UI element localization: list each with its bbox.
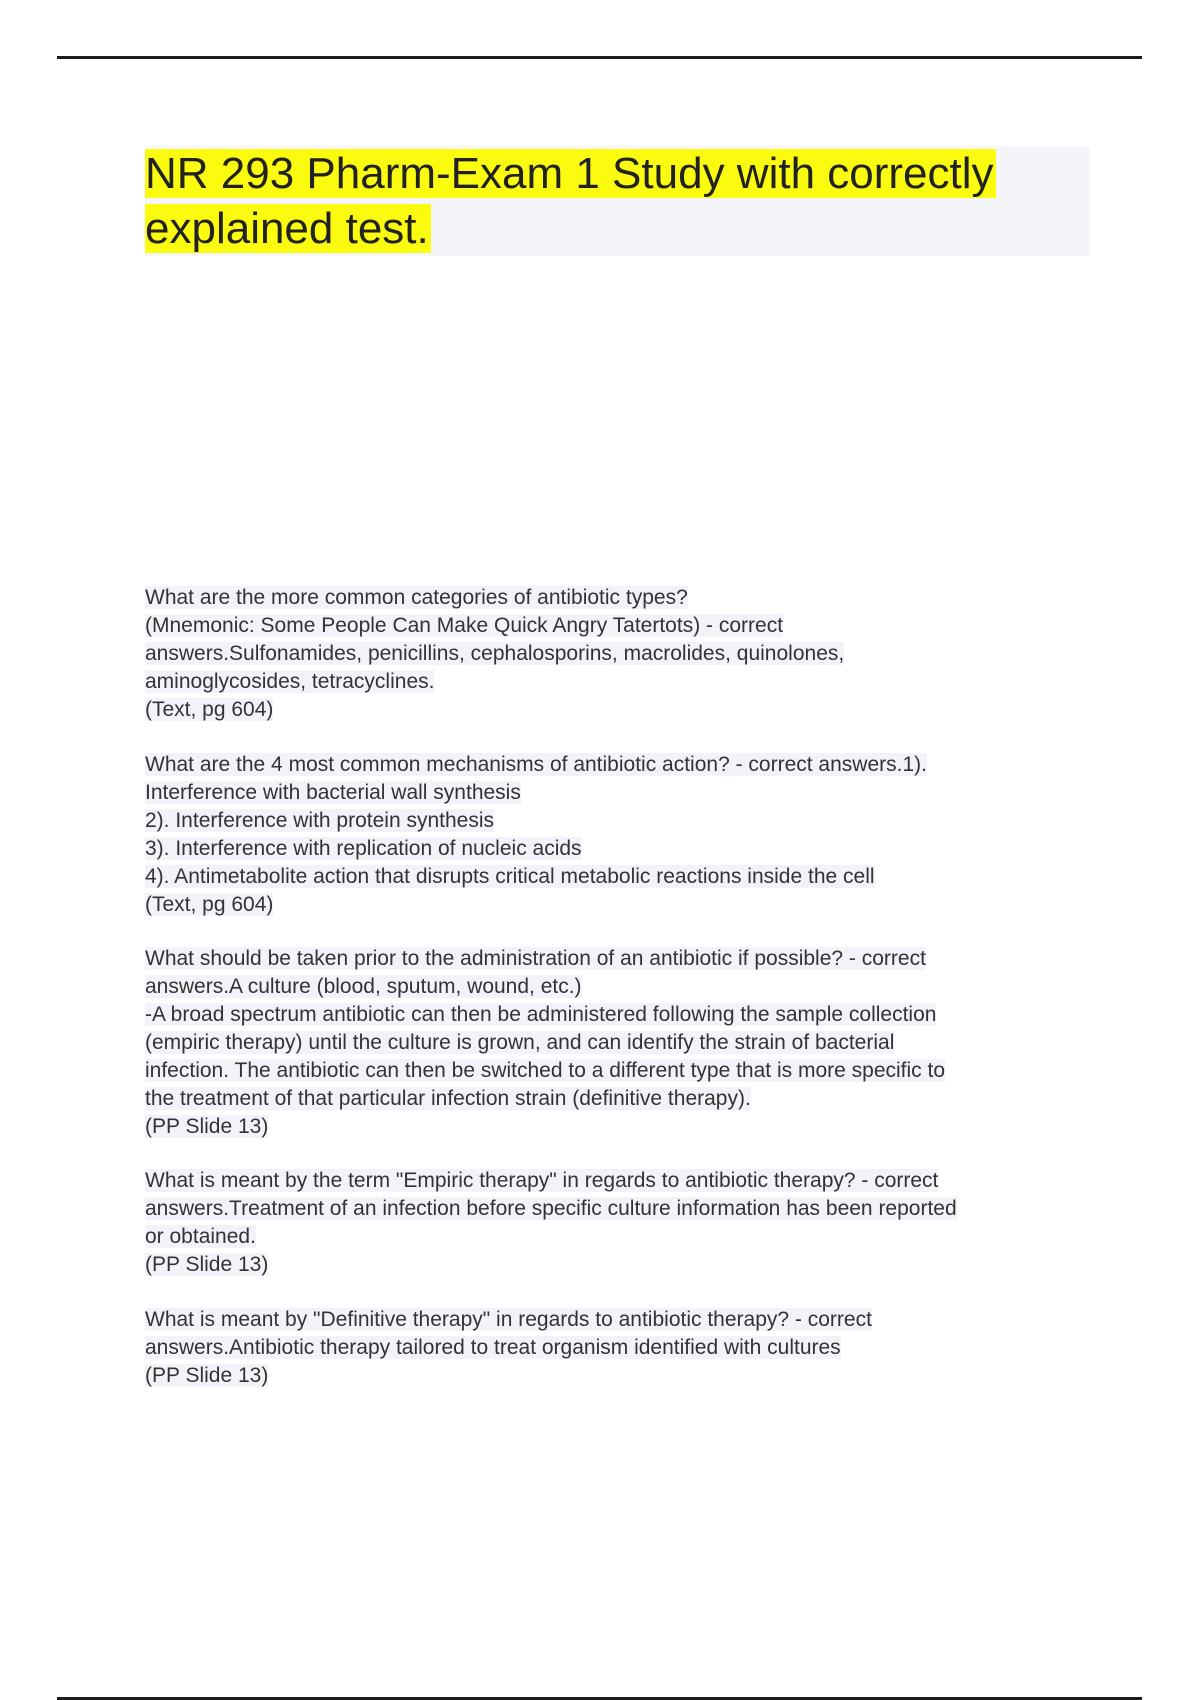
title-line-2: explained test. — [145, 204, 431, 253]
qa-line: answers.Antibiotic therapy tailored to t… — [145, 1336, 841, 1359]
qa-line: answers.Sulfonamides, penicillins, cepha… — [145, 642, 844, 665]
qa-line: the treatment of that particular infecti… — [145, 1087, 751, 1110]
qa-line: (empiric therapy) until the culture is g… — [145, 1031, 894, 1054]
qa-line: What is meant by "Definitive therapy" in… — [145, 1308, 872, 1331]
qa-block-mechanisms: What are the 4 most common mechanisms of… — [145, 751, 1085, 919]
qa-reference: (PP Slide 13) — [145, 1115, 268, 1138]
qa-line: 4). Antimetabolite action that disrupts … — [145, 865, 875, 888]
qa-line: What are the 4 most common mechanisms of… — [145, 753, 927, 776]
qa-reference: (Text, pg 604) — [145, 698, 273, 721]
qa-line: (Mnemonic: Some People Can Make Quick An… — [145, 614, 783, 637]
header-rule — [57, 56, 1142, 59]
qa-reference: (PP Slide 13) — [145, 1364, 268, 1387]
qa-block-empiric-therapy: What is meant by the term "Empiric thera… — [145, 1167, 1085, 1279]
qa-line: 2). Interference with protein synthesis — [145, 809, 494, 832]
qa-line: What is meant by the term "Empiric thera… — [145, 1169, 938, 1192]
qa-reference: (Text, pg 604) — [145, 893, 273, 916]
qa-line: -A broad spectrum antibiotic can then be… — [145, 1003, 936, 1026]
qa-reference: (PP Slide 13) — [145, 1253, 268, 1276]
qa-line: or obtained. — [145, 1225, 256, 1248]
qa-block-definitive-therapy: What is meant by "Definitive therapy" in… — [145, 1306, 1085, 1390]
qa-line: infection. The antibiotic can then be sw… — [145, 1059, 945, 1082]
qa-line: answers.Treatment of an infection before… — [145, 1197, 957, 1220]
qa-line: answers.A culture (blood, sputum, wound,… — [145, 975, 582, 998]
qa-line: aminoglycosides, tetracyclines. — [145, 670, 434, 693]
qa-block-antibiotic-categories: What are the more common categories of a… — [145, 584, 1085, 724]
qa-line: 3). Interference with replication of nuc… — [145, 837, 582, 860]
qa-line: Interference with bacterial wall synthes… — [145, 781, 521, 804]
qa-line: What are the more common categories of a… — [145, 586, 688, 609]
title-line-1: NR 293 Pharm-Exam 1 Study with correctly — [145, 149, 996, 198]
document-title: NR 293 Pharm-Exam 1 Study with correctly… — [145, 146, 1095, 256]
qa-block-culture: What should be taken prior to the admini… — [145, 945, 1085, 1141]
qa-line: What should be taken prior to the admini… — [145, 947, 926, 970]
